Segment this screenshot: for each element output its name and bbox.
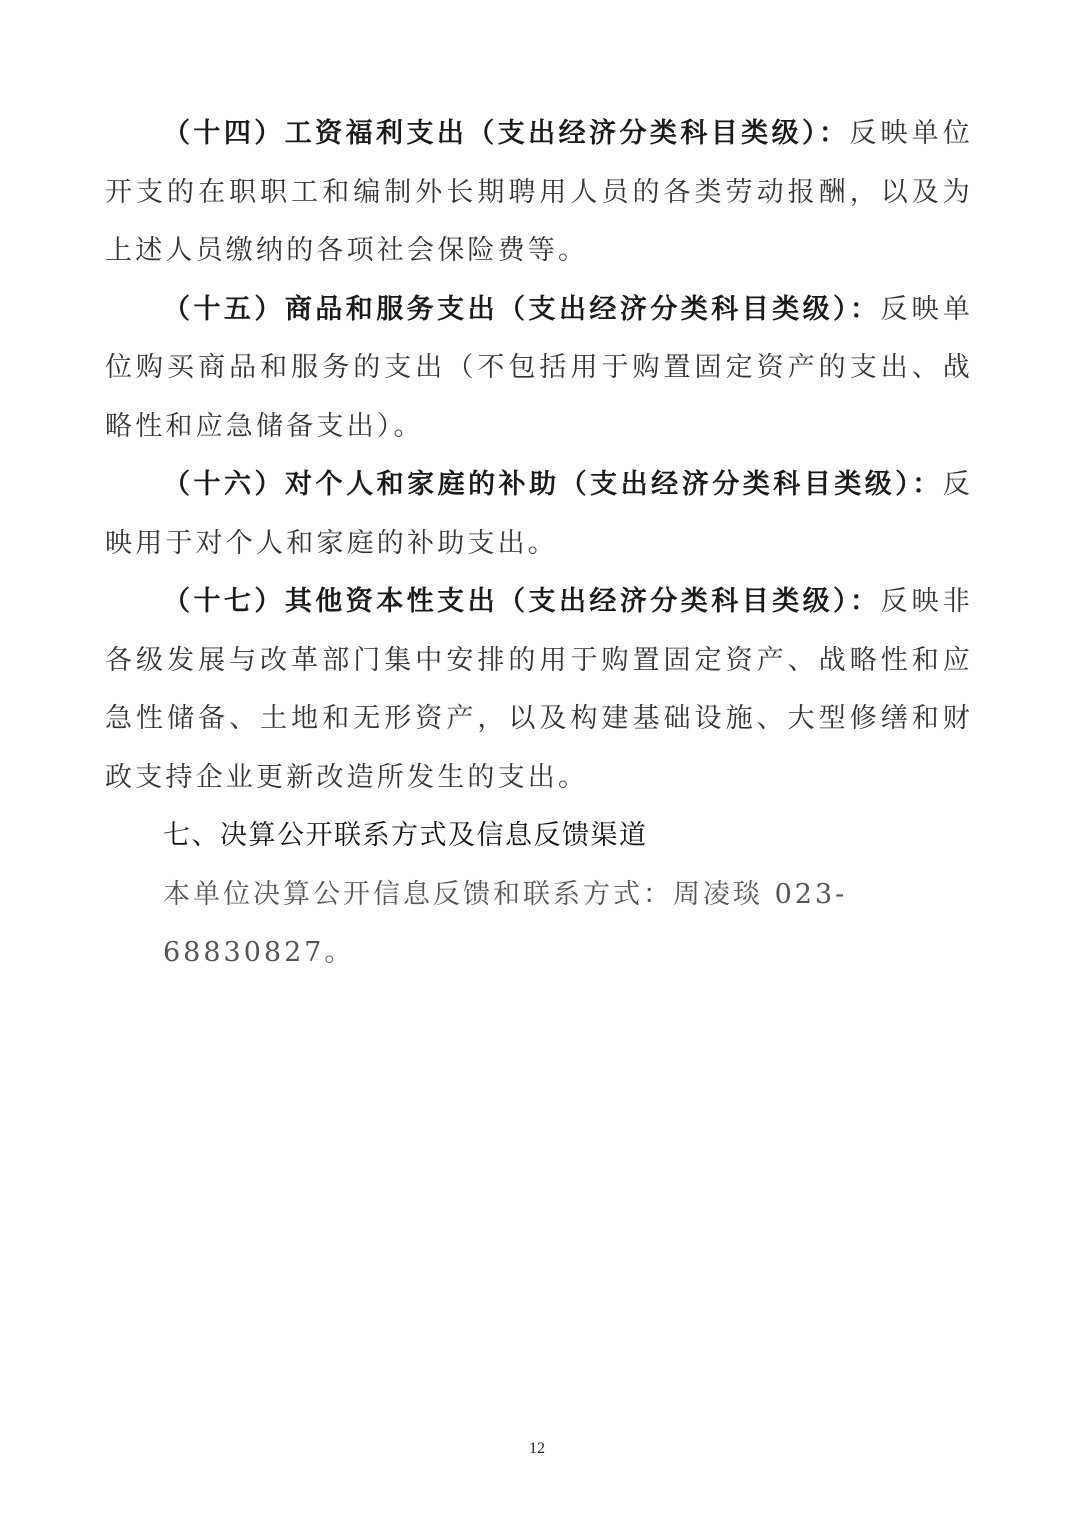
document-page: （十四）工资福利支出（支出经济分类科目类级）：反映单位开支的在职职工和编制外长期… — [105, 105, 973, 983]
section-14-title: （十四）工资福利支出（支出经济分类科目类级）： — [163, 118, 849, 149]
section-16-title: （十六）对个人和家庭的补助（支出经济分类科目类级）： — [163, 469, 943, 500]
page-number: 12 — [0, 1440, 1074, 1458]
contact-info: 本单位决算公开信息反馈和联系方式：周凌琰 023-68830827。 — [105, 866, 973, 983]
section-15-title: （十五）商品和服务支出（支出经济分类科目类级）： — [163, 294, 880, 325]
section-16: （十六）对个人和家庭的补助（支出经济分类科目类级）：反映用于对个人和家庭的补助支… — [105, 456, 973, 573]
section-15: （十五）商品和服务支出（支出经济分类科目类级）：反映单位购买商品和服务的支出（不… — [105, 281, 973, 457]
section-14: （十四）工资福利支出（支出经济分类科目类级）：反映单位开支的在职职工和编制外长期… — [105, 105, 973, 281]
section-17-title: （十七）其他资本性支出（支出经济分类科目类级）： — [163, 586, 880, 617]
section-17: （十七）其他资本性支出（支出经济分类科目类级）：反映非各级发展与改革部门集中安排… — [105, 573, 973, 807]
section-heading-contact: 七、决算公开联系方式及信息反馈渠道 — [105, 807, 973, 866]
